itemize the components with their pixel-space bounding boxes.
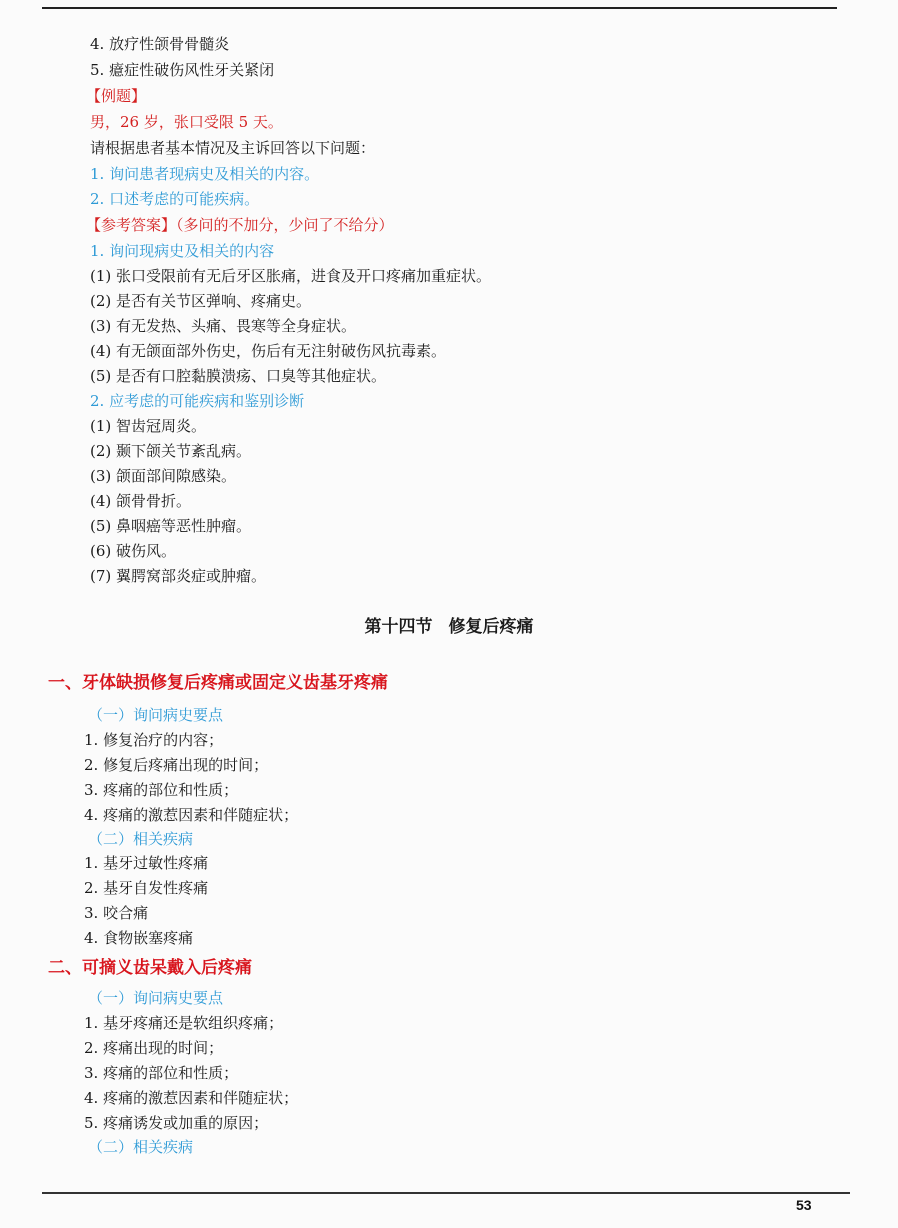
answer-item: (1) 张口受限前有无后牙区胀痛，进食及开口疼痛加重症状。 (90, 266, 491, 286)
page-number: 53 (796, 1197, 812, 1213)
list-item: 3. 疼痛的部位和性质； (84, 1063, 238, 1083)
example-case: 男，26 岁，张口受限 5 天。 (90, 112, 283, 132)
list-item: 5. 癔症性破伤风性牙关紧闭 (90, 60, 274, 80)
header-rule (42, 7, 837, 9)
question-item: 2. 口述考虑的可能疾病。 (90, 189, 259, 209)
list-item: 4. 疼痛的激惹因素和伴随症状； (84, 805, 298, 825)
answer-item: (2) 颞下颌关节紊乱病。 (90, 441, 251, 461)
answer-item: (7) 翼腭窝部炎症或肿瘤。 (90, 566, 266, 586)
list-item: 5. 疼痛诱发或加重的原因； (84, 1113, 268, 1133)
answer-item: (4) 有无颌面部外伤史，伤后有无注射破伤风抗毒素。 (90, 341, 446, 361)
list-item: 4. 放疗性颌骨骨髓炎 (90, 34, 229, 54)
subsection-title: （一）询问病史要点 (88, 988, 223, 1008)
answer-item: (4) 颌骨骨折。 (90, 491, 191, 511)
subsection-title: （一）询问病史要点 (88, 705, 223, 725)
example-label: 【例题】 (86, 86, 146, 106)
answer-label: 【参考答案】（多问的不加分，少问了不给分） (86, 215, 394, 235)
part-heading: 一、牙体缺损修复后疼痛或固定义齿基牙疼痛 (48, 673, 388, 693)
question-item: 1. 询问患者现病史及相关的内容。 (90, 164, 319, 184)
footer-rule (42, 1192, 850, 1194)
list-item: 2. 疼痛出现的时间； (84, 1038, 223, 1058)
answer-section-title: 1. 询问现病史及相关的内容 (90, 241, 274, 261)
answer-item: (3) 有无发热、头痛、畏寒等全身症状。 (90, 316, 356, 336)
answer-item: (1) 智齿冠周炎。 (90, 416, 206, 436)
part-heading: 二、可摘义齿呆戴入后疼痛 (48, 958, 252, 978)
section-title: 第十四节修复后疼痛 (0, 612, 898, 637)
list-item: 1. 修复治疗的内容； (84, 730, 223, 750)
answer-section-title: 2. 应考虑的可能疾病和鉴别诊断 (90, 391, 304, 411)
list-item: 3. 疼痛的部位和性质； (84, 780, 238, 800)
answer-item: (5) 鼻咽癌等恶性肿瘤。 (90, 516, 251, 536)
answer-item: (5) 是否有口腔黏膜溃疡、口臭等其他症状。 (90, 366, 386, 386)
section-name: 修复后疼痛 (449, 617, 534, 637)
list-item: 4. 疼痛的激惹因素和伴随症状； (84, 1088, 298, 1108)
list-item: 2. 修复后疼痛出现的时间； (84, 755, 268, 775)
list-item: 2. 基牙自发性疼痛 (84, 878, 208, 898)
example-prompt: 请根据患者基本情况及主诉回答以下问题： (90, 138, 375, 158)
answer-item: (3) 颌面部间隙感染。 (90, 466, 236, 486)
section-number: 第十四节 (365, 617, 433, 637)
answer-item: (6) 破伤风。 (90, 541, 176, 561)
list-item: 1. 基牙疼痛还是软组织疼痛； (84, 1013, 283, 1033)
list-item: 1. 基牙过敏性疼痛 (84, 853, 208, 873)
list-item: 4. 食物嵌塞疼痛 (84, 928, 193, 948)
subsection-title: （二）相关疾病 (88, 1137, 193, 1157)
answer-item: (2) 是否有关节区弹响、疼痛史。 (90, 291, 311, 311)
list-item: 3. 咬合痛 (84, 903, 148, 923)
subsection-title: （二）相关疾病 (88, 829, 193, 849)
